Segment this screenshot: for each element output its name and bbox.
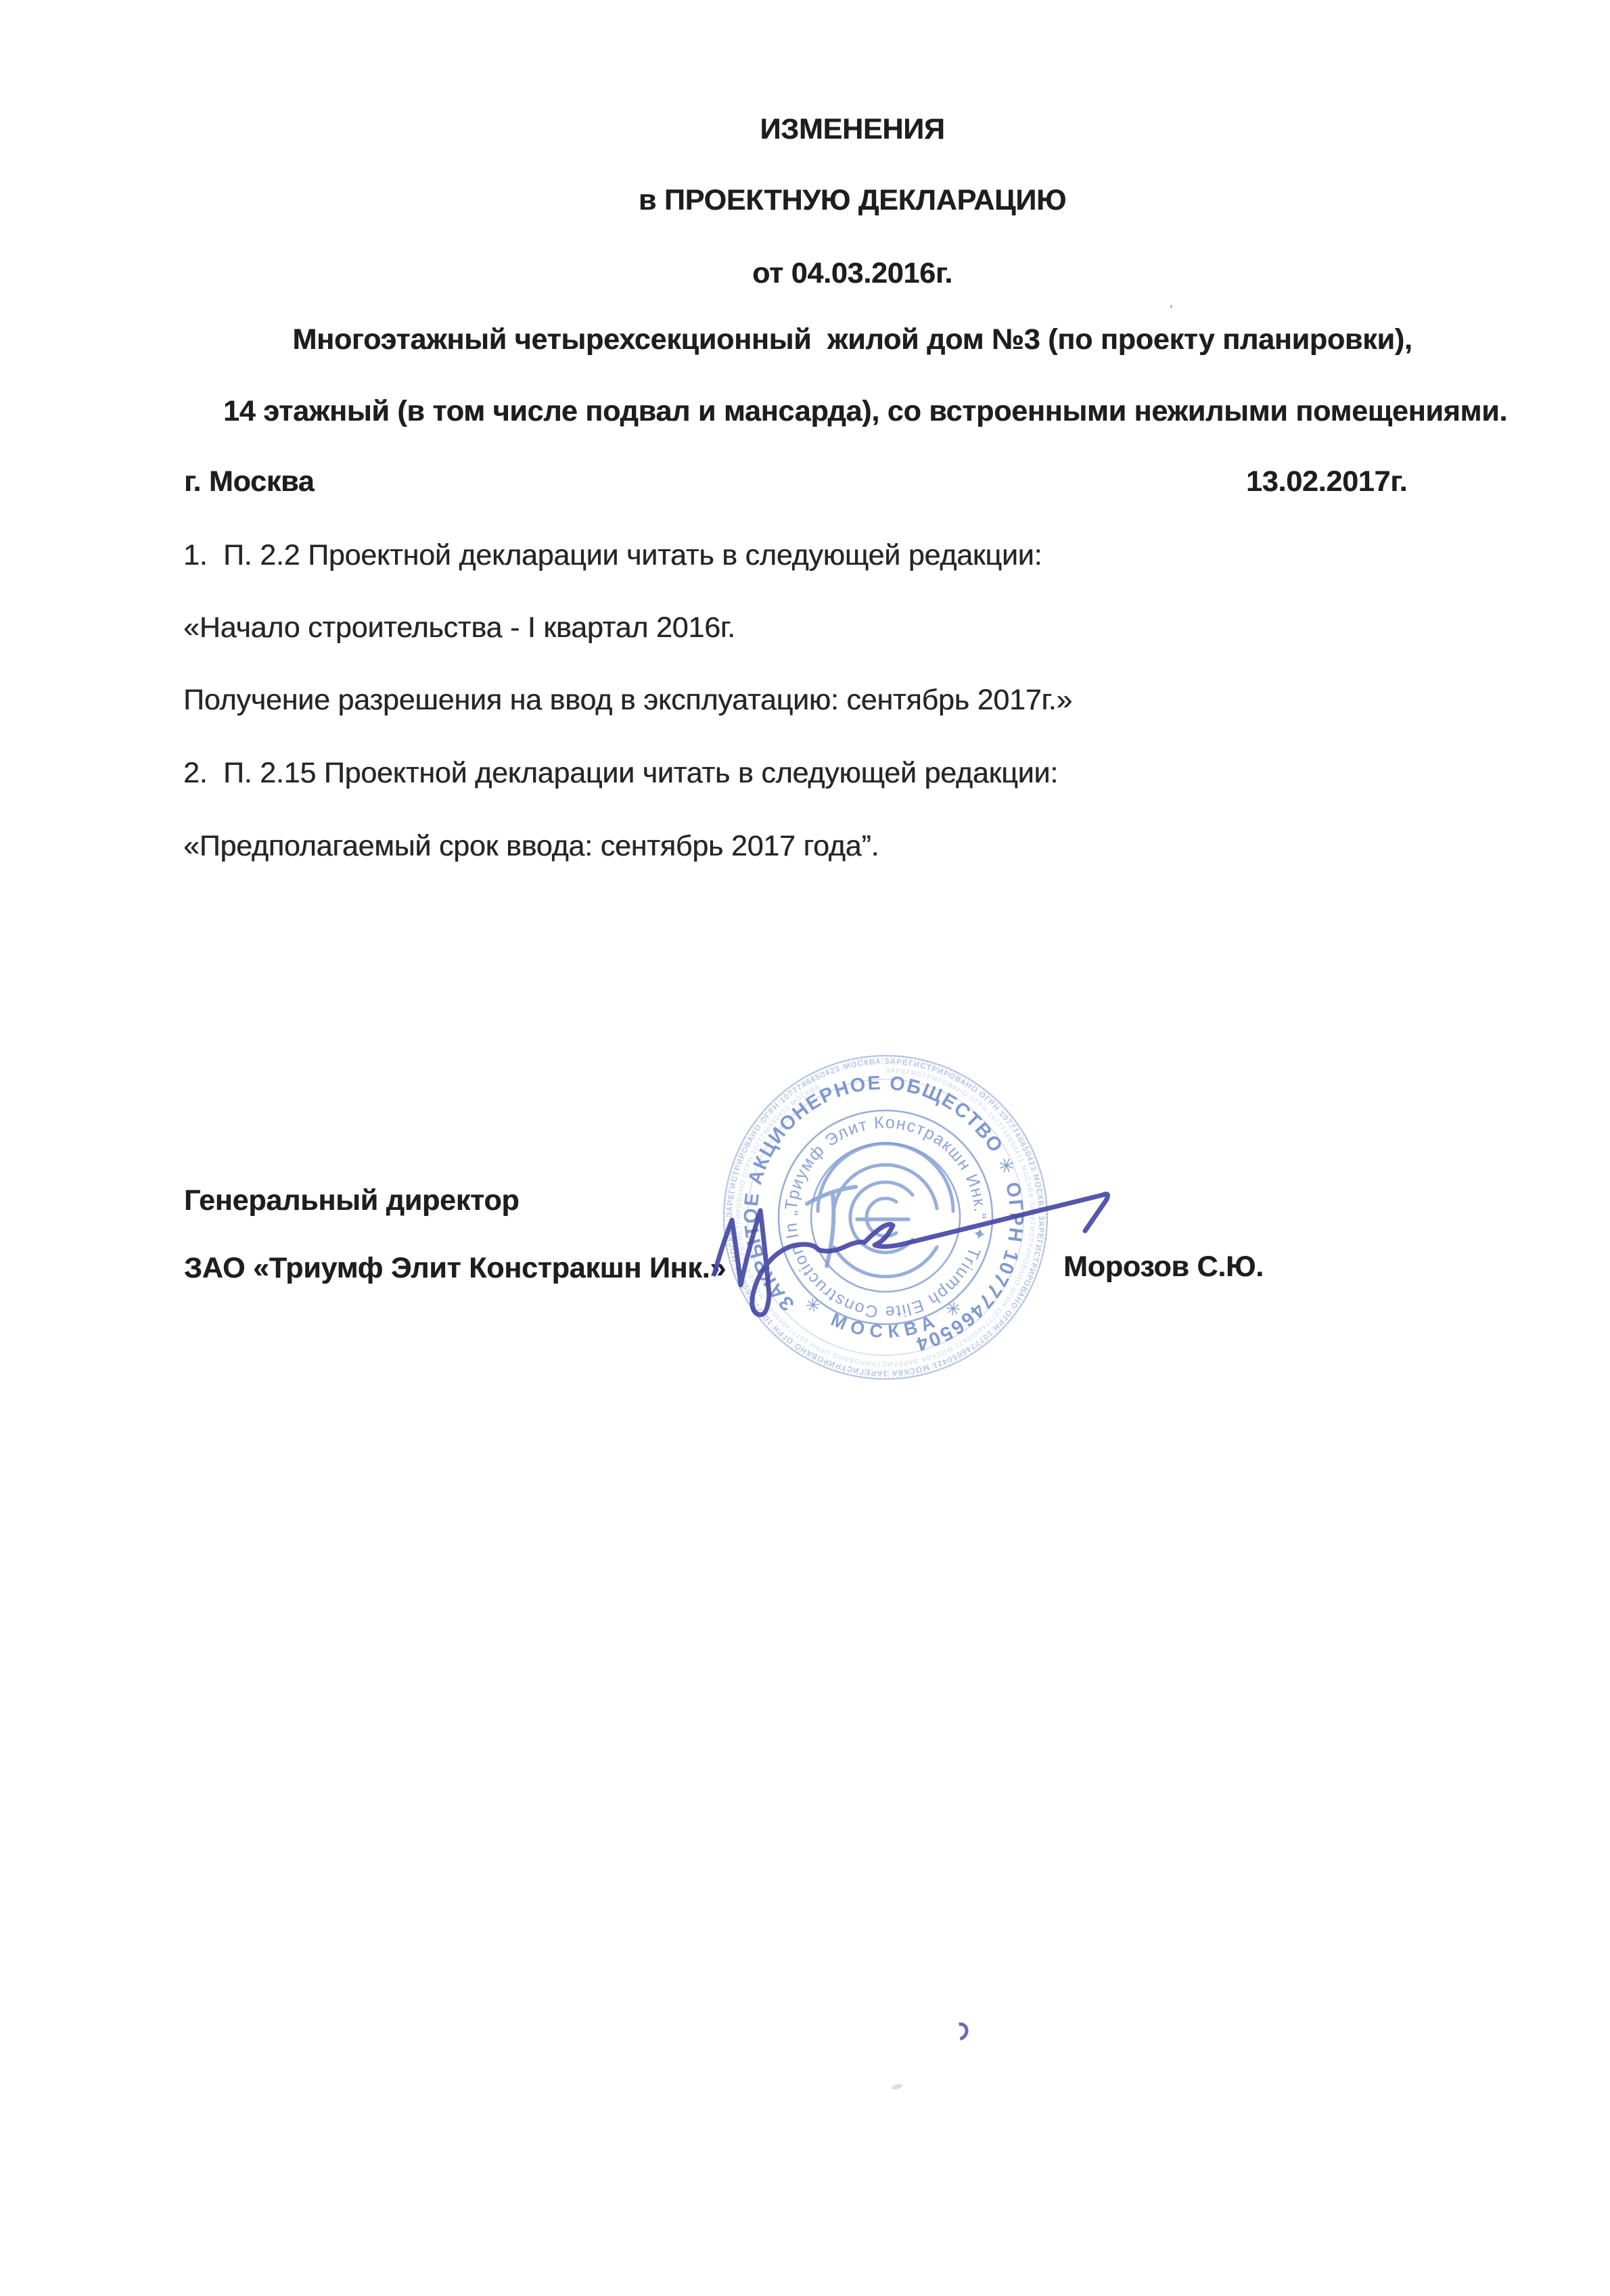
scan-mark-apostrophe: ’	[1168, 302, 1173, 319]
doc-title-date-line: от 04.03.2016г.	[223, 256, 1481, 291]
doc-title-line-1: ИЗМЕНЕНИЯ	[223, 112, 1481, 147]
doc-city: г. Москва	[184, 464, 314, 499]
doc-paragraph-4: 2. П. 2.15 Проектной декларации читать в…	[183, 755, 1058, 791]
signature-ink-stroke	[714, 1194, 1108, 1315]
scan-speck-faint	[891, 2083, 902, 2090]
doc-paragraph-1: 1. П. 2.2 Проектной декларации читать в …	[183, 538, 1042, 573]
doc-date: 13.02.2017г.	[1246, 464, 1407, 499]
doc-paragraph-3: Получение разрешения на ввод в эксплуата…	[183, 682, 1072, 718]
scanned-document-page: ИЗМЕНЕНИЯ в ПРОЕКТНУЮ ДЕКЛАРАЦИЮ от 04.0…	[0, 0, 1610, 2296]
signatory-position-line-1: Генеральный директор	[184, 1183, 519, 1218]
doc-paragraph-5: «Предполагаемый срок ввода: сентябрь 201…	[183, 828, 879, 864]
doc-paragraph-2: «Начало строительства - I квартал 2016г.	[183, 610, 735, 645]
scan-speck-ink	[947, 2019, 972, 2044]
signatory-position-line-2: ЗАО «Триумф Элит Констракшн Инк.»	[184, 1250, 726, 1286]
director-signature	[697, 1167, 1130, 1332]
doc-subtitle-line-2: 14 этажный (в том числе подвал и мансард…	[223, 394, 1481, 429]
doc-title-line-2: в ПРОЕКТНУЮ ДЕКЛАРАЦИЮ	[223, 183, 1481, 218]
doc-subtitle-line-1: Многоэтажный четырехсекционный жилой дом…	[223, 322, 1481, 357]
